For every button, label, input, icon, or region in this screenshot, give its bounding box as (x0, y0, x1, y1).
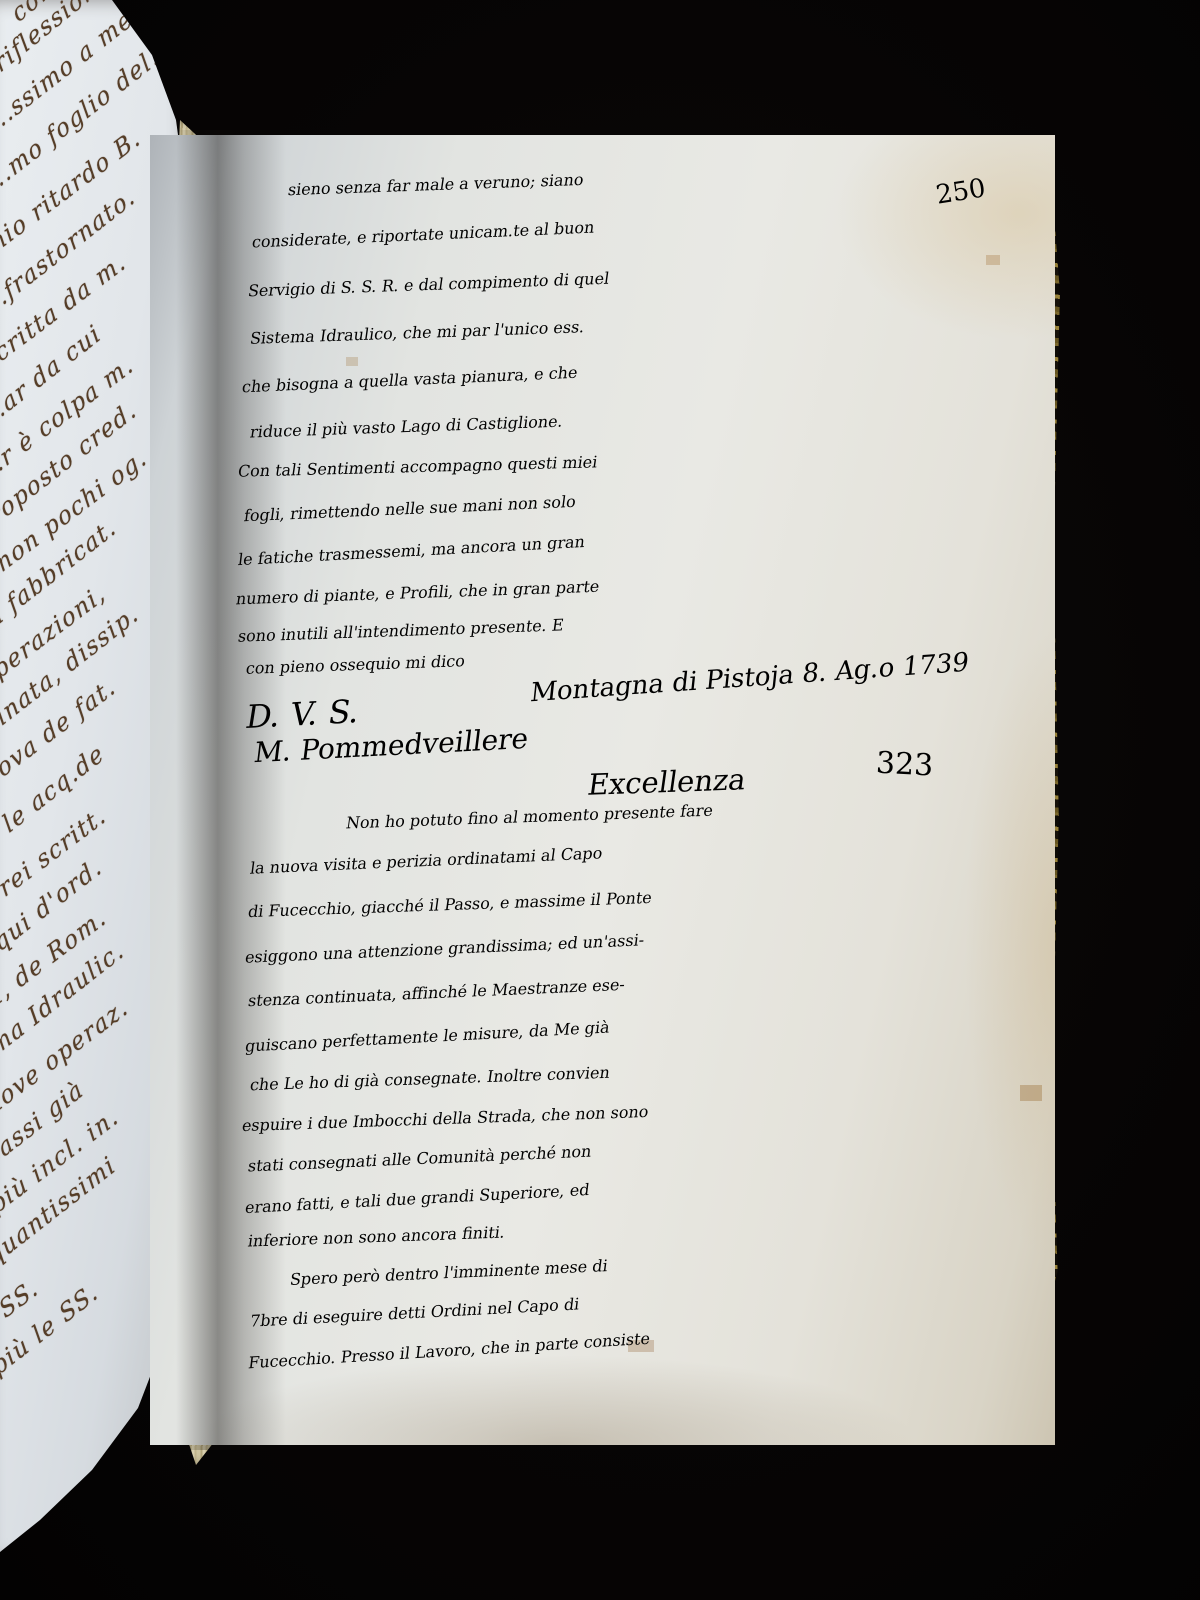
letter-line: di Fucecchio, giacché il Passo, e massim… (247, 888, 653, 921)
right-page: 250 sieno senza far male a veruno; siano… (150, 135, 1055, 1445)
letter-line: Spero però dentro l'imminente mese di (289, 1256, 609, 1289)
letter-line: sono inutili all'intendimento presente. … (237, 615, 565, 645)
folio-number: 323 (875, 746, 934, 784)
section-rule-stroke (230, 781, 430, 784)
signature-place-date: Montagna di Pistoja 8. Ag.o 1739 (529, 648, 970, 709)
letter-line: con pieno ossequio mi dico (245, 651, 467, 678)
page-number-underline (940, 223, 966, 227)
letter-heading: Excellenza (586, 762, 749, 802)
letter-line: che Le ho di già consegnate. Inoltre con… (249, 1063, 611, 1095)
closing-abbreviation: D. V. S. (243, 692, 363, 736)
letter-line: Con tali Sentimenti accompagno questi mi… (237, 452, 599, 480)
letter-line: 7bre di eseguire detti Ordini nel Capo d… (249, 1294, 580, 1330)
foxing-stain (1020, 1085, 1042, 1101)
letter-line: Servigio di S. S. R. e dal compimento di… (247, 269, 611, 301)
letter-line: guiscano perfettamente le misure, da Me … (244, 1017, 611, 1055)
letter-line: fogli, rimettendo nelle sue mani non sol… (243, 492, 577, 526)
letter-line: le fatiche trasmessemi, ma ancora un gra… (237, 532, 586, 569)
letter-line: considerate, e riportate unicam.te al bu… (251, 217, 596, 251)
letter-line: espuire i due Imbocchi della Strada, che… (241, 1102, 650, 1135)
letter-line: riduce il più vasto Lago di Castiglione. (249, 411, 564, 441)
letter-line: sieno senza far male a veruno; siano (287, 170, 585, 199)
letter-line: che bisogna a quella vasta pianura, e ch… (241, 363, 579, 397)
letter-line: Fucecchio. Presso il Lavoro, che in part… (247, 1329, 651, 1373)
letter-line: stenza continuata, affinché le Maestranz… (247, 975, 626, 1011)
letter-line: inferiore non sono ancora finiti. (247, 1222, 507, 1250)
page-number-underline (934, 216, 972, 222)
letter-line: stati consegnati alle Comunità perché no… (247, 1141, 593, 1175)
letter-line: erano fatti, e tali due grandi Superiore… (244, 1180, 591, 1217)
letter-line: Sistema Idraulico, che mi par l'unico es… (249, 317, 586, 348)
letter-line: la nuova visita e perizia ordinatami al … (249, 843, 604, 878)
page-number: 250 (934, 173, 988, 210)
letter-line: Non ho potuto fino al momento presente f… (345, 801, 715, 833)
letter-line: numero di piante, e Profili, che in gran… (235, 577, 601, 609)
foxing-stain (346, 357, 358, 366)
foxing-stain (986, 255, 1000, 265)
manuscript-book-photo: consol. riflessioni e s. ...ssimo a me c… (0, 0, 1200, 1600)
signature-flourish (850, 688, 1009, 702)
letter-line: esiggono una attenzione grandissima; ed … (244, 930, 646, 967)
